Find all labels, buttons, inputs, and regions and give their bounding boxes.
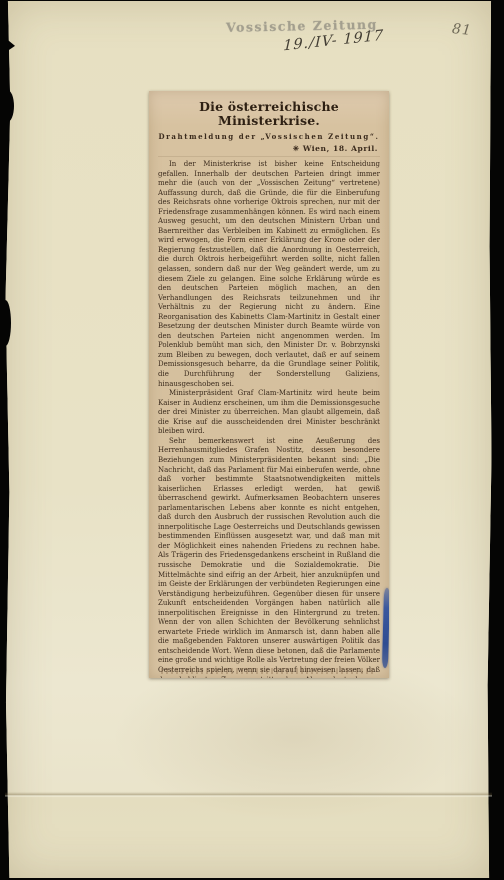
- article-body: In der Ministerkrise ist bisher keine En…: [158, 160, 380, 678]
- print-show-through: [161, 668, 375, 674]
- article-paragraph: Ministerpräsident Graf Clam-Martinitz wi…: [158, 389, 380, 437]
- scanned-archive-page: Vossische Zeitung 19./IV- 1917 81 Die ös…: [0, 0, 504, 880]
- handwritten-page-number: 81: [451, 21, 472, 39]
- article-headline: Die österreichische Ministerkrise.: [158, 100, 380, 128]
- clipping-header: Die österreichische Ministerkrise. Draht…: [158, 100, 380, 157]
- article-paragraph: Sehr bemerkenswert ist eine Aeußerung de…: [158, 437, 380, 678]
- article-dateline: ✳ Wien, 18. April.: [158, 144, 380, 153]
- article-paragraph: In der Ministerkrise ist bisher keine En…: [158, 160, 380, 389]
- article-subheadline: Drahtmeldung der „Vossischen Zeitung“.: [158, 132, 380, 141]
- blue-crayon-mark: [382, 588, 389, 668]
- paper-crease: [5, 792, 492, 797]
- newspaper-clipping: Die österreichische Ministerkrise. Draht…: [149, 91, 389, 678]
